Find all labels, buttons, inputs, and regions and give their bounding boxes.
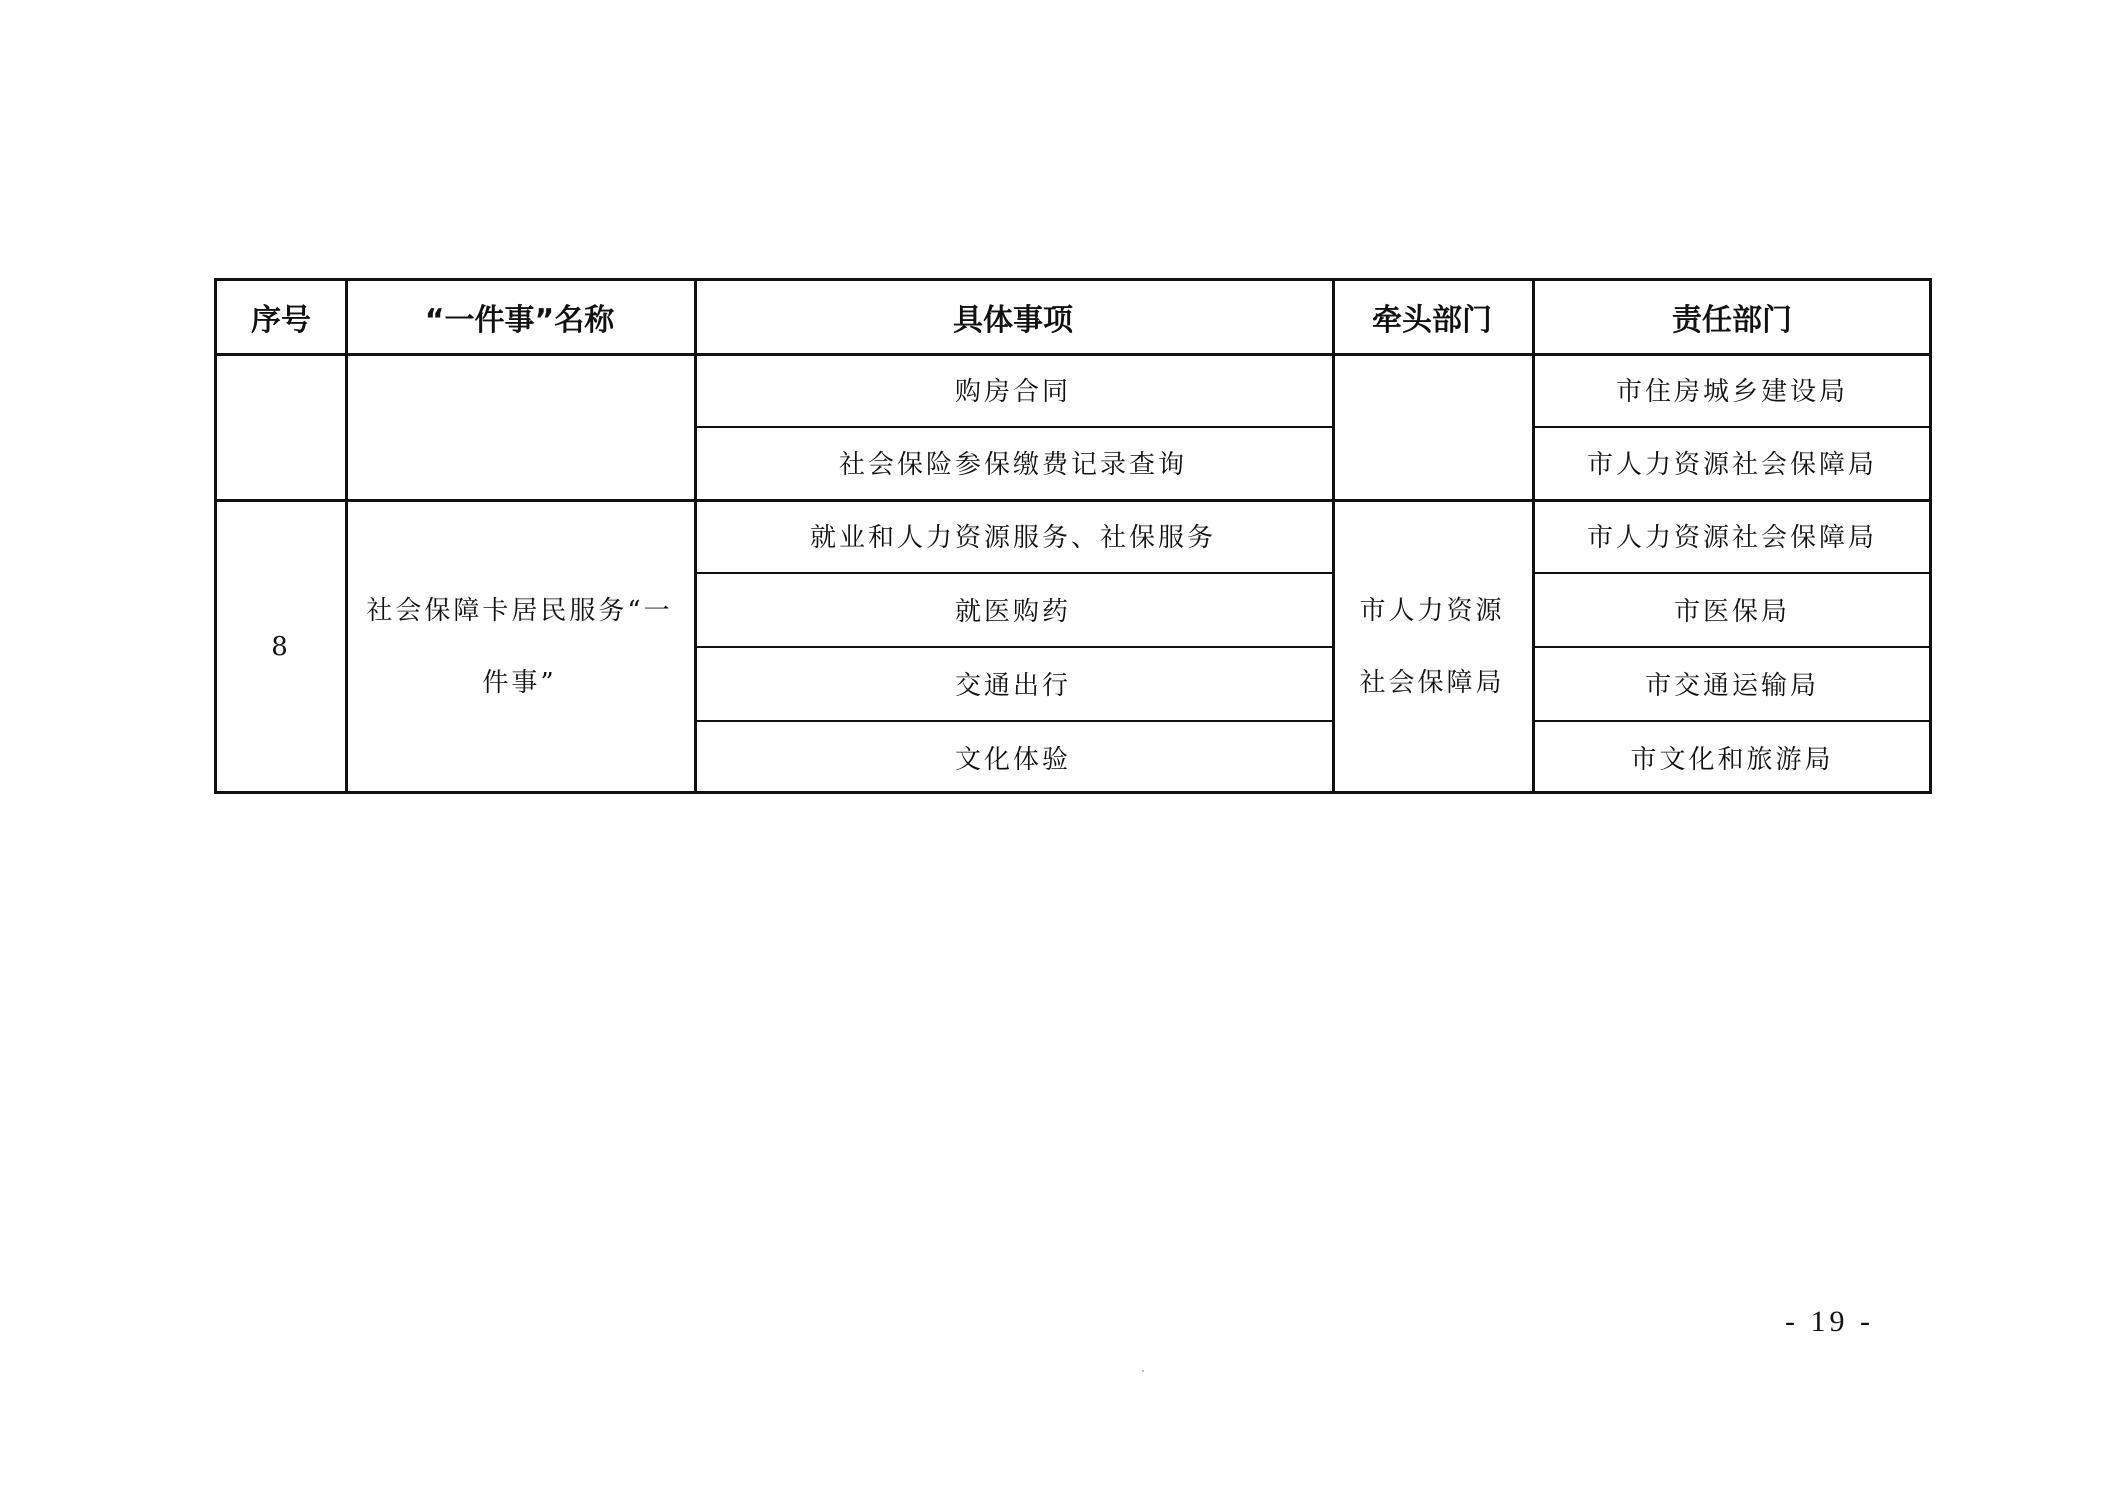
header-matter-name: “一件事”名称 bbox=[345, 281, 694, 353]
header-lead-dept: 牵头部门 bbox=[1332, 281, 1532, 353]
lead-dept-line1: 市人力资源 bbox=[1359, 575, 1504, 647]
lead-dept-line2: 社会保障局 bbox=[1359, 647, 1504, 719]
matter-name-cell: 社会保障卡居民服务“一 件事” bbox=[345, 499, 694, 794]
responsible-cell: 市医保局 bbox=[1532, 572, 1932, 646]
matter-name-line2: 件事” bbox=[482, 647, 556, 719]
item-cell: 就医购药 bbox=[694, 572, 1332, 646]
row-number: 8 bbox=[217, 499, 345, 794]
header-responsible-dept: 责任部门 bbox=[1532, 281, 1932, 353]
responsible-cell: 市人力资源社会保障局 bbox=[1532, 499, 1932, 572]
matters-table: 序号 “一件事”名称 具体事项 牵头部门 责任部门 购房合同 市住房城乡建设局 … bbox=[214, 278, 1932, 794]
item-cell: 交通出行 bbox=[694, 646, 1332, 720]
responsible-cell: 市人力资源社会保障局 bbox=[1532, 426, 1932, 499]
item-cell: 购房合同 bbox=[694, 353, 1332, 426]
responsible-cell: 市文化和旅游局 bbox=[1532, 720, 1932, 794]
scan-speck bbox=[1142, 1370, 1144, 1372]
responsible-cell: 市住房城乡建设局 bbox=[1532, 353, 1932, 426]
item-cell: 社会保险参保缴费记录查询 bbox=[694, 426, 1332, 499]
page-number: - 19 - bbox=[1785, 1305, 1874, 1339]
header-specific-items: 具体事项 bbox=[694, 281, 1332, 353]
responsible-cell: 市交通运输局 bbox=[1532, 646, 1932, 720]
header-index: 序号 bbox=[217, 281, 345, 353]
lead-dept-cell: 市人力资源 社会保障局 bbox=[1332, 499, 1532, 794]
matter-name-line1: 社会保障卡居民服务“一 bbox=[366, 575, 672, 647]
item-cell: 就业和人力资源服务、社保服务 bbox=[694, 499, 1332, 572]
item-cell: 文化体验 bbox=[694, 720, 1332, 794]
